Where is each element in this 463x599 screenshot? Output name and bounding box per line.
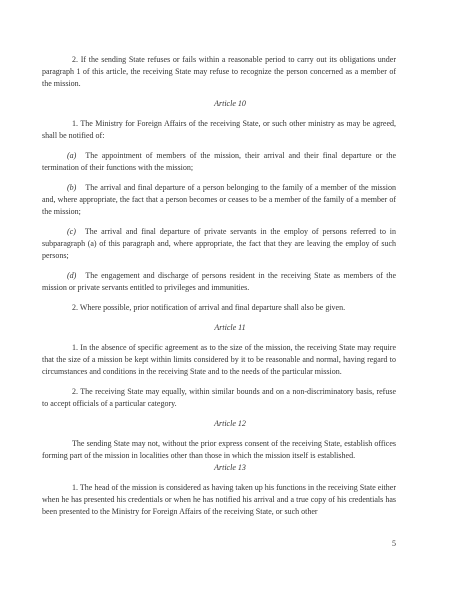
item-a-label: (a) xyxy=(67,151,76,160)
article-10-heading: Article 10 xyxy=(53,98,407,110)
article-12-paragraph-1: The sending State may not, without the p… xyxy=(42,438,396,462)
item-a-text: The appointment of members of the missio… xyxy=(42,151,396,172)
item-d-label: (d) xyxy=(67,271,76,280)
article-13-paragraph-1: 1. The head of the mission is considered… xyxy=(42,482,396,518)
article-10-item-c: (c)The arrival and final departure of pr… xyxy=(42,226,396,262)
article-13-heading: Article 13 xyxy=(53,462,407,474)
item-c-label: (c) xyxy=(67,227,76,236)
article-10-item-a: (a)The appointment of members of the mis… xyxy=(42,150,396,174)
article-10-item-d: (d)The engagement and discharge of perso… xyxy=(42,270,396,294)
document-page: 2. If the sending State refuses or fails… xyxy=(0,0,463,599)
item-b-label: (b) xyxy=(67,183,76,192)
article-11-paragraph-2: 2. The receiving State may equally, with… xyxy=(42,386,396,410)
page-number: 5 xyxy=(42,538,396,550)
item-b-text: The arrival and final departure of a per… xyxy=(42,183,396,216)
article-10-paragraph-1: 1. The Ministry for Foreign Affairs of t… xyxy=(42,118,396,142)
item-c-text: The arrival and final departure of priva… xyxy=(42,227,396,260)
article-12-heading: Article 12 xyxy=(53,418,407,430)
article-10-paragraph-2: 2. Where possible, prior notification of… xyxy=(42,302,396,314)
article-10-item-b: (b)The arrival and final departure of a … xyxy=(42,182,396,218)
item-d-text: The engagement and discharge of persons … xyxy=(42,271,396,292)
paragraph-article9-clause2: 2. If the sending State refuses or fails… xyxy=(42,54,396,90)
article-11-paragraph-1: 1. In the absence of specific agreement … xyxy=(42,342,396,378)
article-11-heading: Article 11 xyxy=(53,322,407,334)
